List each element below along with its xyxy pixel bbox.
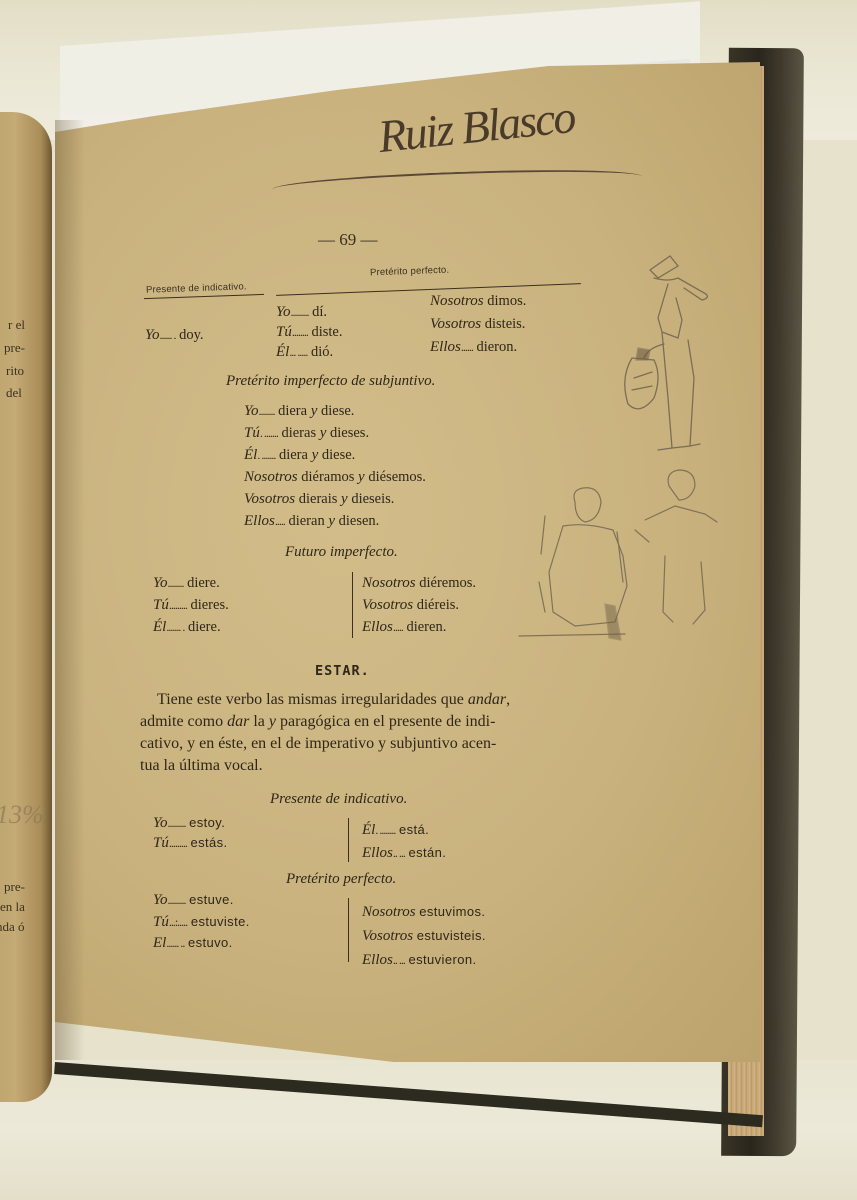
column-divider [348,898,349,962]
paragraph-line: Tiene este verbo las mismas irregularida… [153,689,593,711]
conjugation-row: Él. ....... diera y diese. [244,447,355,464]
section-title: Futuro imperfecto. [285,544,398,561]
pencil-sketch-group-icon [505,462,730,647]
conjugation-row: Ellos...... dieron. [430,339,517,356]
conjugation-row: Tú...:..... estuviste. [153,914,250,931]
conjugation-row: Nosotros dimos. [430,293,526,310]
conjugation-row: Vosotros disteis. [430,316,525,333]
signature-underline [272,166,643,201]
page-content: Ruiz Blasco — 69 — Presente de indicativ… [0,0,857,1200]
conjugation-row: Yo......... estoy. [153,815,225,832]
pronoun: Yo [145,327,159,343]
pencil-sketch-figure-icon [618,248,718,453]
conjugation-row: Yo......... dí. [276,304,327,321]
conjugation-row: Él. ........ está. [362,822,429,839]
header-rule [276,283,581,296]
verb-heading: ESTAR. [315,663,370,679]
conjugation-row: Vosotros diéreis. [362,597,459,614]
conjugation-row: Nosotros diéremos. [362,575,476,592]
conjugation-row: Ellos..... dieren. [362,619,446,636]
header-preterite-perfect: Pretérito perfecto. [370,265,450,279]
conjugation-row: Yo........ diere. [153,575,220,592]
conjugation-row: Vosotros estuvisteis. [362,928,486,945]
header-present-indicative: Presente de indicativo. [146,281,247,296]
conjugation-row: Él... ..... dió. [276,344,333,361]
conjugation-row: El...... .. estuvo. [153,935,233,952]
page-number: — 69 — [318,230,378,250]
conjugation-row: Ellos..... dieran y diesen. [244,513,379,530]
conjugation-row: Él....... . diere. [153,619,221,636]
conjugation-row: Ellos.. ... están. [362,845,446,862]
handwritten-signature: Ruiz Blasco [376,90,577,163]
conjugation-row: Nosotros estuvimos. [362,904,485,921]
conjugation-row: Ellos.. ... estuvieron. [362,952,476,969]
conjugation-row: Yo...... . doy. [145,327,204,344]
column-divider [348,818,349,862]
section-title: Pretérito perfecto. [286,871,396,888]
section-title: Pretérito imperfecto de subjuntivo. [226,373,435,390]
conjugation-row: Tú........ diste. [276,324,342,341]
paragraph-line: admite como dar la y paragógica en el pr… [140,711,593,733]
conjugation-row: Yo......... estuve. [153,892,234,909]
conjugation-row: Tú. ....... dieras y dieses. [244,425,369,442]
section-title: Presente de indicativo. [270,791,407,808]
estar-paragraph: Tiene este verbo las mismas irregularida… [153,689,593,777]
verb-form: doy. [179,327,203,343]
conjugation-row: Tú......... estás. [153,835,228,852]
paragraph-line: tua la última vocal. [140,755,593,777]
conjugation-row: Vosotros dierais y dieseis. [244,491,394,508]
conjugation-row: Yo........ diera y diese. [244,403,354,420]
column-divider [352,572,353,638]
paragraph-line: cativo, y en éste, en el de imperativo y… [140,733,593,755]
conjugation-row: Tú......... dieres. [153,597,229,614]
conjugation-row: Nosotros diéramos y diésemos. [244,469,426,486]
